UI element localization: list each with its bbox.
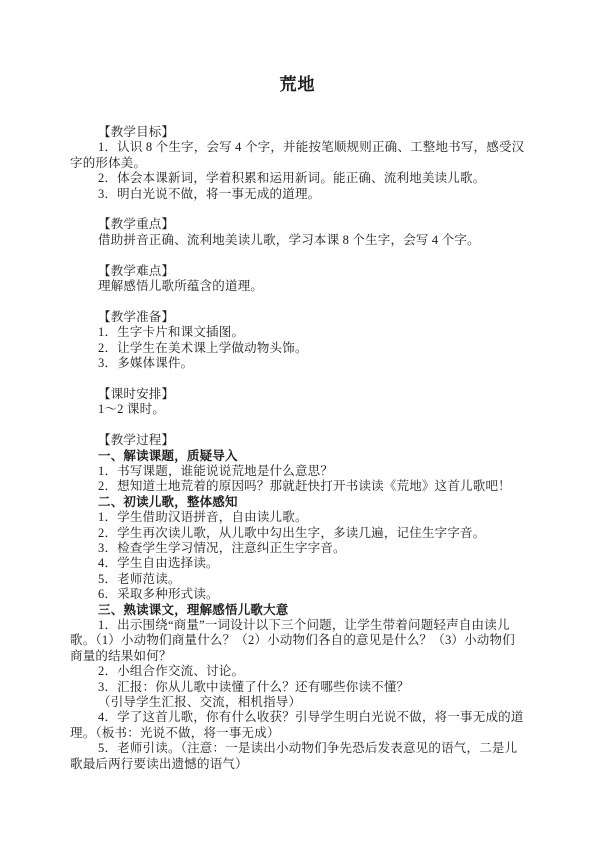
paragraph: 4．学了这首儿歌，你有什么收获？引导学生明白光说不做，将一事无成的道理。（板书：… (70, 710, 525, 741)
document-body: 【教学目标】1．认识 8 个生字，会写 4 个字，并能按笔顺规则正确、工整地书写… (70, 125, 525, 772)
paragraph: 2．想知道土地荒着的原因吗？那就赶快打开书读读《荒地》这首儿歌吧！ (70, 479, 525, 494)
page-title: 荒地 (70, 70, 525, 95)
paragraph: 【教学目标】 (70, 125, 525, 140)
paragraph: 3．明白光说不做，将一事无成的道理。 (70, 187, 525, 202)
paragraph: 二、初读儿歌，整体感知 (70, 495, 525, 510)
blank-line (70, 248, 525, 263)
paragraph: 三、熟读课文，理解感悟儿歌大意 (70, 603, 525, 618)
paragraph: 3．检查学生学习情况，注意纠正生字字音。 (70, 541, 525, 556)
paragraph: 5．老师引读。（注意：一是读出小动物们争先恐后发表意见的语气，二是儿歌最后两行要… (70, 741, 525, 772)
paragraph: 2．体会本课新词，学着积累和运用新词。能正确、流利地美读儿歌。 (70, 171, 525, 186)
paragraph: 1．生字卡片和课文插图。 (70, 325, 525, 340)
paragraph: 3．汇报：你从儿歌中读懂了什么？还有哪些你读不懂？ (70, 680, 525, 695)
blank-line (70, 202, 525, 217)
paragraph: 理解感悟儿歌所蕴含的道理。 (70, 279, 525, 294)
paragraph: 【教学过程】 (70, 433, 525, 448)
paragraph: 1．出示围绕“商量”一词设计以下三个问题，让学生带着问题轻声自由读儿歌。（1）小… (70, 618, 525, 664)
paragraph: 2．学生再次读儿歌，从儿歌中勾出生字，多读几遍，记住生字字音。 (70, 526, 525, 541)
paragraph: 借助拼音正确、流利地美读儿歌，学习本课 8 个生字，会写 4 个字。 (70, 233, 525, 248)
paragraph: 一、解读课题，质疑导入 (70, 449, 525, 464)
paragraph: 【课时安排】 (70, 387, 525, 402)
paragraph: 3．多媒体课件。 (70, 356, 525, 371)
paragraph: 4．学生自由选择读。 (70, 556, 525, 571)
paragraph: 【教学准备】 (70, 310, 525, 325)
blank-line (70, 418, 525, 433)
blank-line (70, 294, 525, 309)
paragraph: 1．学生借助汉语拼音，自由读儿歌。 (70, 510, 525, 525)
paragraph: 2．小组合作交流、讨论。 (70, 664, 525, 679)
document-page: 荒地 【教学目标】1．认识 8 个生字，会写 4 个字，并能按笔顺规则正确、工整… (0, 0, 595, 841)
paragraph: 1～2 课时。 (70, 402, 525, 417)
paragraph: 【教学重点】 (70, 217, 525, 232)
paragraph: 2．让学生在美术课上学做动物头饰。 (70, 341, 525, 356)
paragraph: 6．采取多种形式读。 (70, 587, 525, 602)
paragraph: （引导学生汇报、交流，相机指导） (70, 695, 525, 710)
paragraph: 1．认识 8 个生字，会写 4 个字，并能按笔顺规则正确、工整地书写，感受汉字的… (70, 140, 525, 171)
blank-line (70, 372, 525, 387)
paragraph: 【教学难点】 (70, 264, 525, 279)
paragraph: 1．书写课题，谁能说说荒地是什么意思？ (70, 464, 525, 479)
paragraph: 5．老师范读。 (70, 572, 525, 587)
